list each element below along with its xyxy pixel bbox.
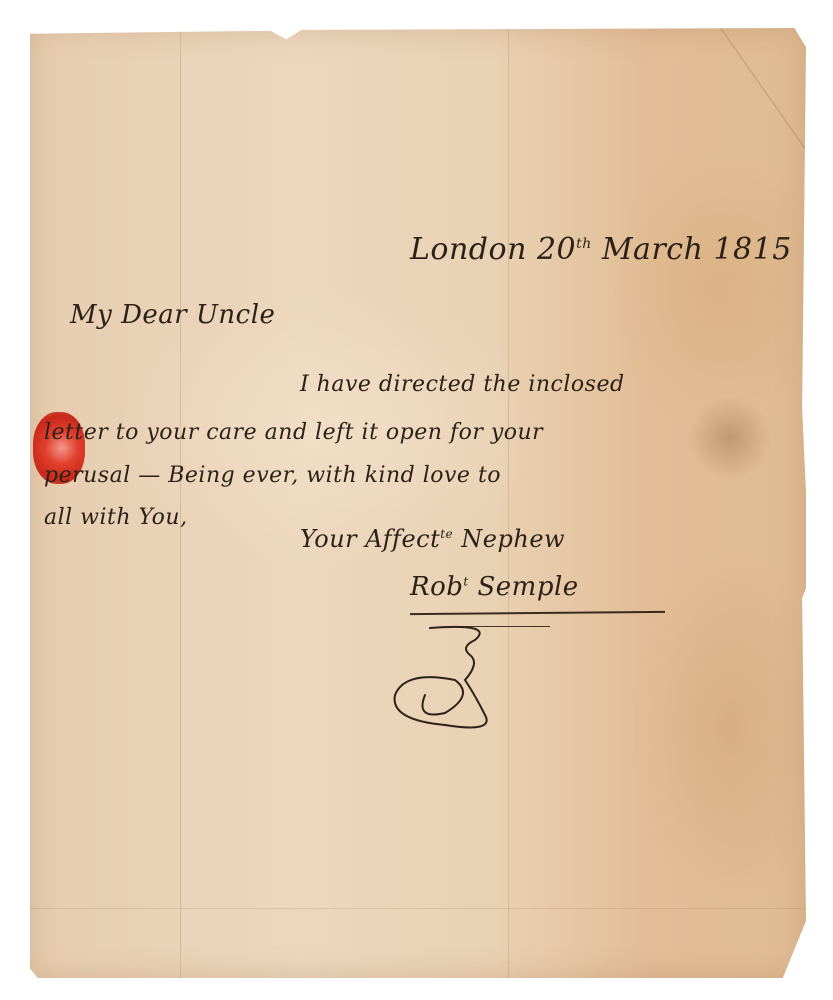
closing-suffix: Nephew — [453, 525, 565, 553]
body-line: letter to your care and left it open for… — [44, 420, 543, 445]
body-line: I have directed the inclosed — [300, 372, 625, 397]
closing: Your Affectte Nephew — [300, 525, 565, 553]
dateline: London 20th March 1815 — [410, 232, 792, 267]
closing-sup: te — [440, 527, 453, 541]
fold-crease — [30, 908, 806, 909]
dateline-ordinal: th — [576, 236, 592, 252]
dateline-place: London — [410, 232, 527, 267]
salutation: My Dear Uncle — [70, 300, 275, 330]
signature: Robt Semple — [410, 572, 579, 602]
closing-text: Your Affect — [300, 525, 440, 553]
signature-flourish-icon — [385, 625, 515, 735]
letter-paper — [30, 28, 806, 978]
fold-crease — [720, 27, 813, 159]
body-line: perusal — Being ever, with kind love to — [44, 463, 501, 488]
signature-suffix: Semple — [469, 572, 579, 602]
body-line: all with You, — [44, 505, 188, 530]
signature-text: Rob — [410, 572, 463, 602]
dateline-month-year: March 1815 — [602, 232, 792, 267]
dateline-day: 20 — [537, 232, 576, 267]
fold-crease — [180, 28, 181, 978]
fold-crease — [508, 28, 509, 978]
